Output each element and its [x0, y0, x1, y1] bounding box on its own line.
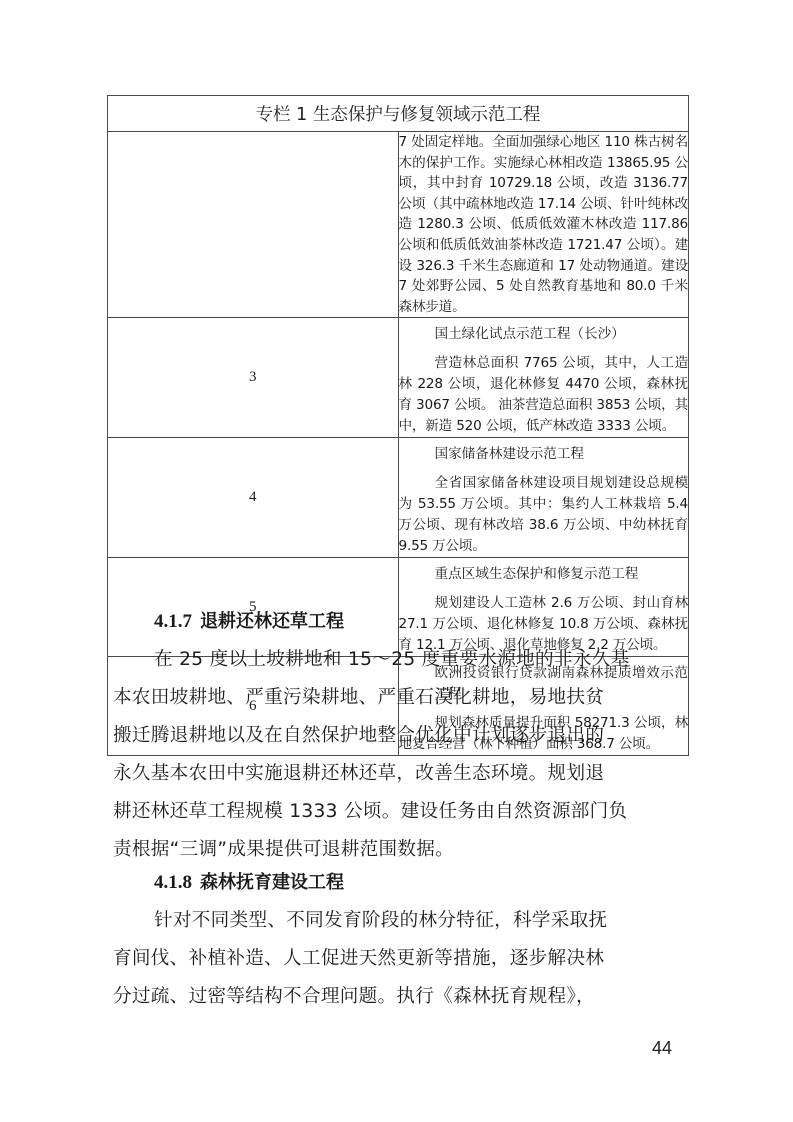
row-number: 4: [108, 438, 399, 558]
table-row: 4 国家储备林建设示范工程 全省国家储备林建设项目规划建设总规模为 53.55 …: [108, 438, 689, 558]
row-title: 国家储备林建设示范工程: [399, 438, 689, 465]
paragraph-line: 责根据“三调”成果提供可退耕范围数据。: [113, 835, 673, 861]
row-body: 全省国家储备林建设项目规划建设总规模为 53.55 万公顷。其中：集约人工林栽培…: [399, 473, 689, 557]
row-body: 营造林总面积 7765 公顷，其中，人工造林 228 公顷，退化林修复 4470…: [399, 353, 689, 437]
section-number: 4.1.8: [154, 872, 192, 893]
paragraph-line: 在 25 度以上坡耕地和 15～25 度重要水源地的非永久基: [154, 645, 674, 671]
section-heading-4-1-8: 4.1.8森林抚育建设工程: [154, 868, 344, 894]
table-row: 7 处固定样地。全面加强绿心地区 110 株古树名木的保护工作。实施绿心林相改造…: [108, 132, 689, 318]
row-number: 3: [108, 318, 399, 438]
section-number: 4.1.7: [154, 611, 192, 632]
row-body: 7 处固定样地。全面加强绿心地区 110 株古树名木的保护工作。实施绿心林相改造…: [399, 132, 689, 317]
row-title: 重点区域生态保护和修复示范工程: [399, 558, 689, 585]
page-number: 44: [652, 1038, 672, 1059]
row-number: [108, 132, 399, 318]
paragraph-line: 育间伐、补植补造、人工促进天然更新等措施，逐步解决林: [113, 944, 673, 970]
table-row: 3 国土绿化试点示范工程（长沙） 营造林总面积 7765 公顷，其中，人工造林 …: [108, 318, 689, 438]
paragraph-line: 搬迁腾退耕地以及在自然保护地整合优化中计划逐步退出的: [113, 721, 673, 747]
paragraph-line: 针对不同类型、不同发育阶段的林分特征，科学采取抚: [154, 906, 674, 932]
paragraph-line: 永久基本农田中实施退耕还林还草，改善生态环境。规划退: [113, 759, 673, 785]
row-title: 国土绿化试点示范工程（长沙）: [399, 318, 689, 345]
paragraph-line: 分过疏、过密等结构不合理问题。执行《森林抚育规程》，: [113, 982, 673, 1008]
document-page: 专栏 1 生态保护与修复领域示范工程 7 处固定样地。全面加强绿心地区 110 …: [0, 0, 793, 1122]
section-title: 退耕还林还草工程: [200, 611, 344, 632]
section-heading-4-1-7: 4.1.7退耕还林还草工程: [154, 607, 344, 633]
section-title: 森林抚育建设工程: [200, 872, 344, 893]
box-title: 专栏 1 生态保护与修复领域示范工程: [108, 96, 689, 132]
paragraph-line: 耕还林还草工程规模 1333 公顷。建设任务由自然资源部门负: [113, 797, 673, 823]
paragraph-line: 本农田坡耕地、严重污染耕地、严重石漠化耕地，易地扶贫: [113, 683, 673, 709]
